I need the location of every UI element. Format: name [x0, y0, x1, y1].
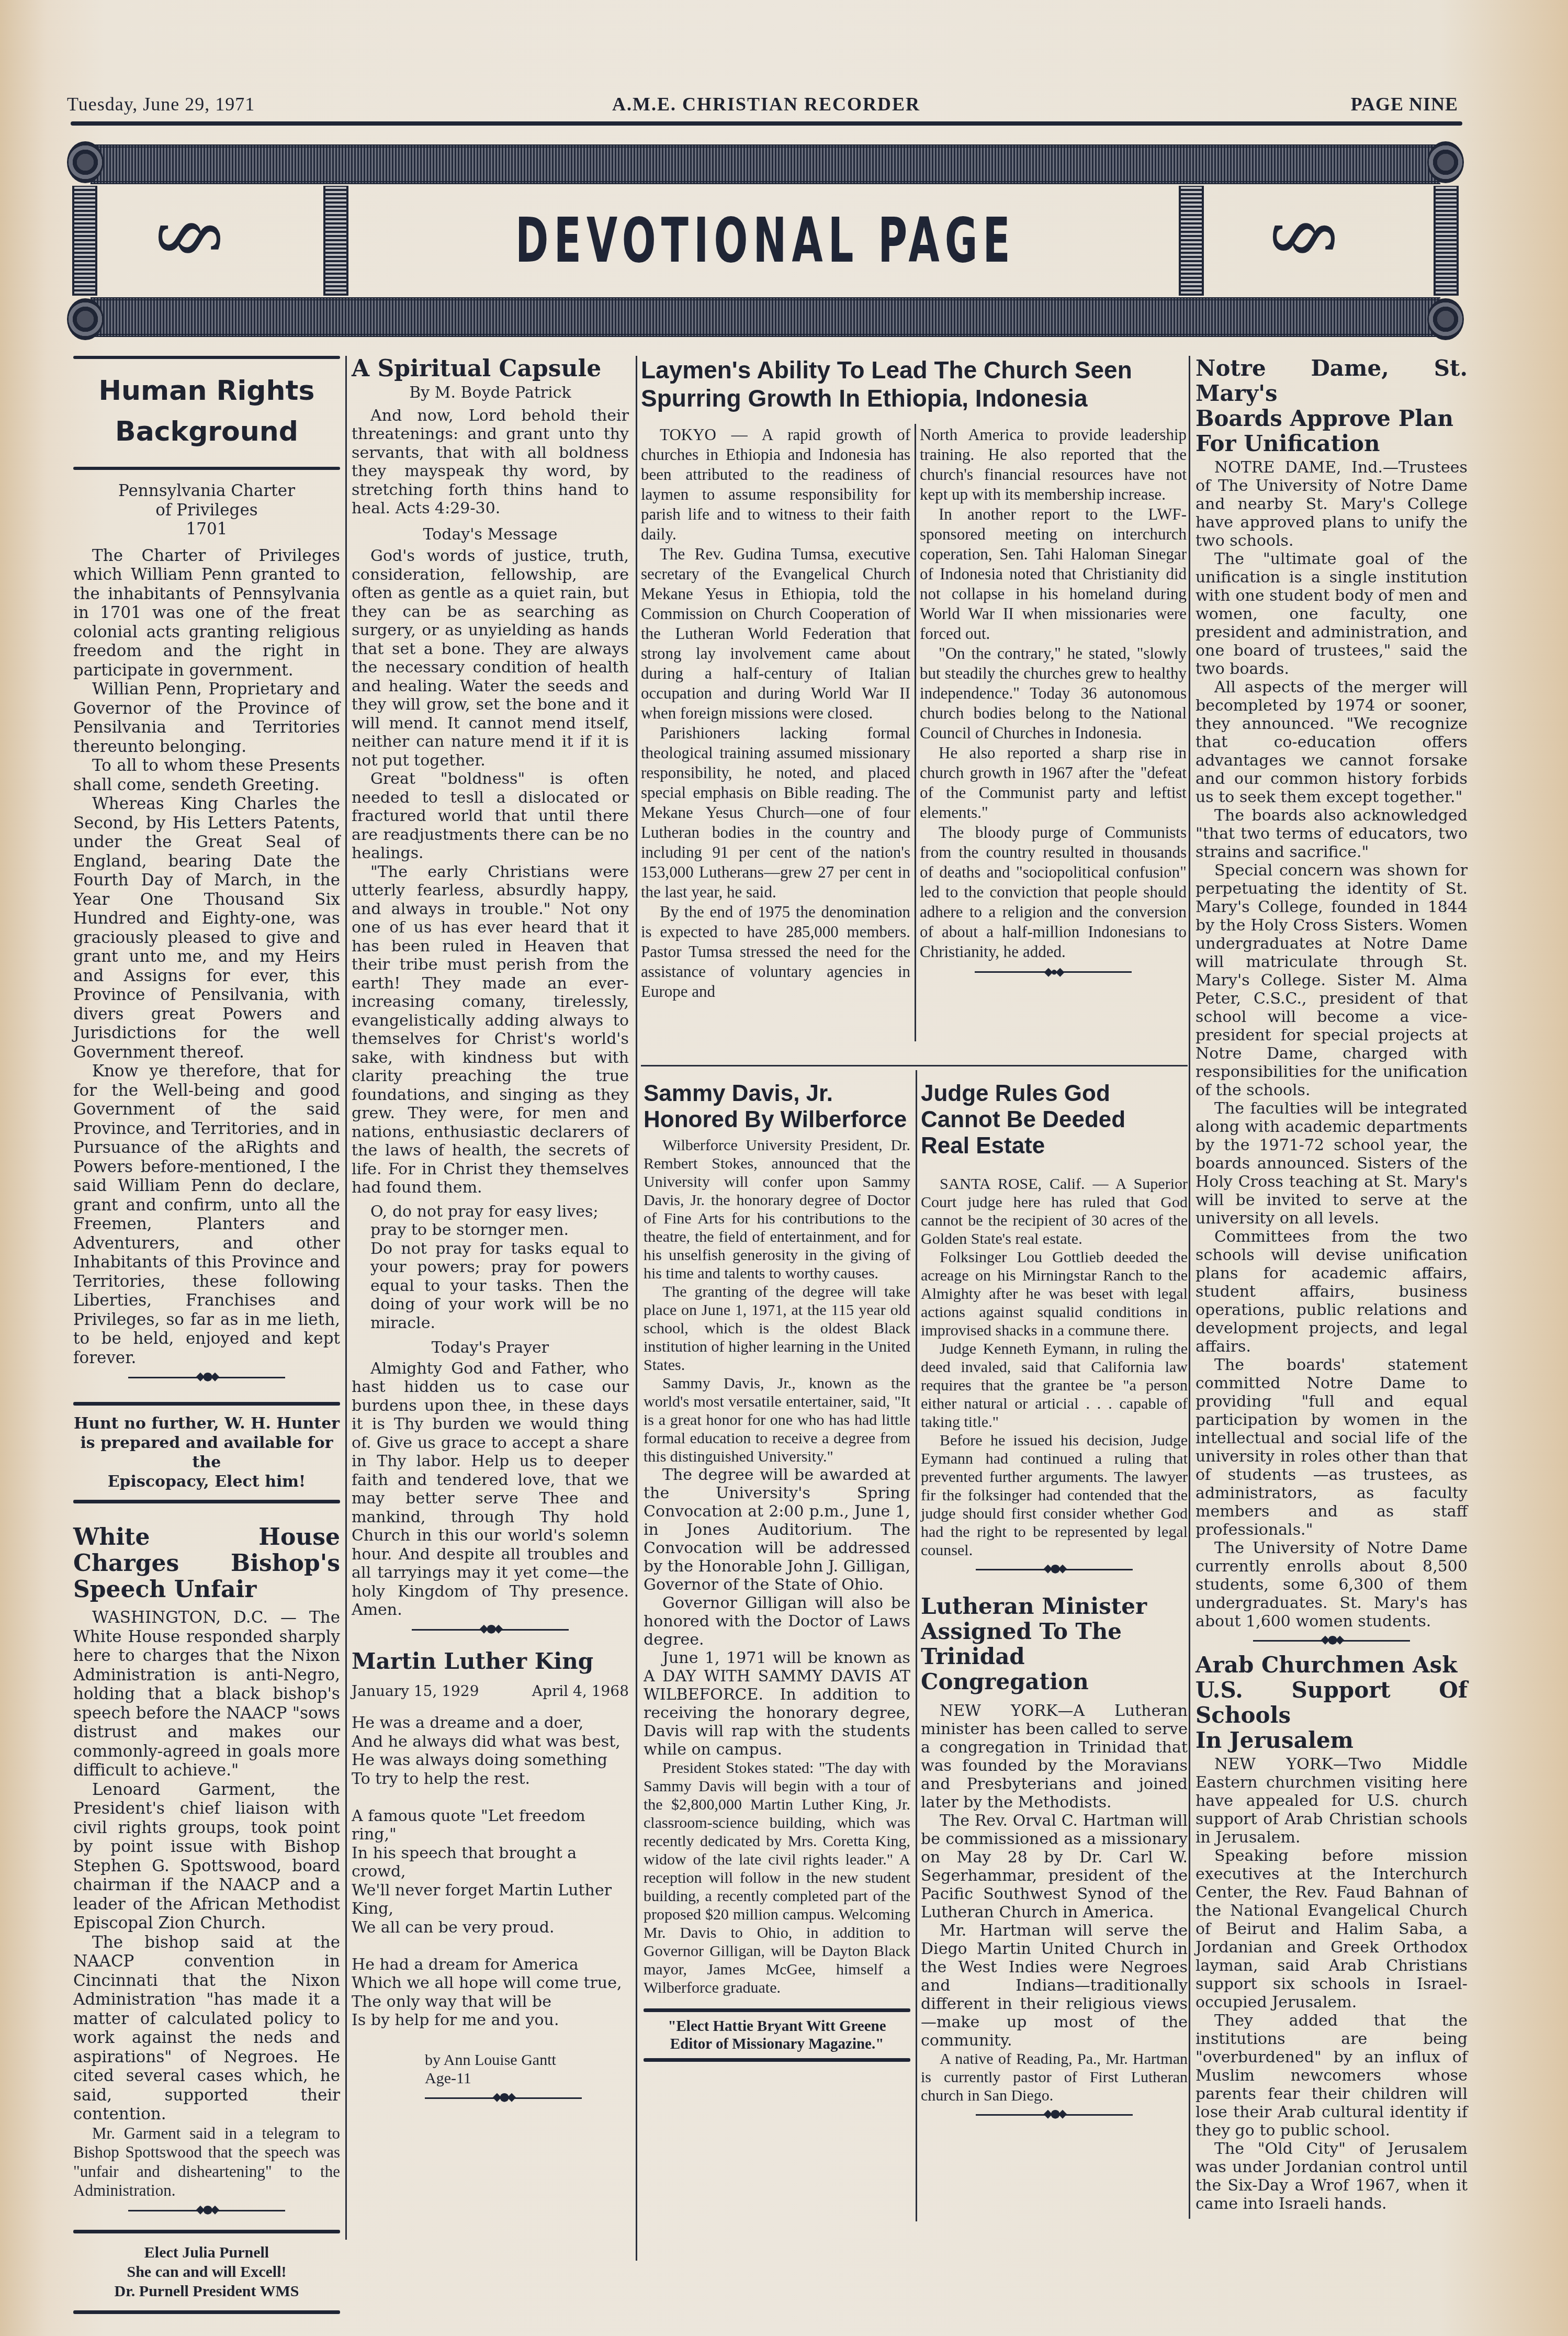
paragraph: Wilberforce University President, Dr. Re… — [644, 1136, 910, 1283]
paragraph: The Charter of Privileges which William … — [73, 546, 340, 680]
ad-rule — [73, 1500, 340, 1503]
headline-line: U.S. Support Of Schools — [1195, 1678, 1468, 1728]
ad-rule — [73, 2230, 340, 2233]
paragraph: Know ye therefore, that for for the Well… — [73, 1062, 340, 1367]
paragraph: God's words of justice, truth, considera… — [352, 547, 629, 770]
paragraph: WASHINGTON, D.C. — The White House respo… — [73, 1608, 340, 1780]
ad-line: Editor of Missionary Magazine." — [644, 2035, 910, 2053]
ad-line: Hunt no further, W. H. Hunter — [73, 1414, 340, 1433]
ad-purnell: Elect Julia Purnell She can and will Exc… — [73, 2243, 340, 2301]
headline: Sammy Davis, Jr. Honored By Wilberforce — [644, 1081, 910, 1133]
paragraph: He also reported a sharp rise in church … — [920, 743, 1187, 823]
headline: Laymen's Ability To Lead The Church Seen… — [641, 356, 1185, 412]
scroll-ornament-icon: § — [1268, 220, 1341, 256]
dash-ornament-icon — [128, 2207, 285, 2214]
ad-rule — [644, 2058, 910, 2062]
poem-line: He was always doing something — [352, 1751, 629, 1770]
ad-line: "Elect Hattie Bryant Witt Greene — [644, 2017, 910, 2035]
sammy-davis-article: Sammy Davis, Jr. Honored By Wilberforce … — [644, 1081, 910, 2062]
headline-line: Arab Churchmen Ask — [1195, 1653, 1468, 1678]
paragraph: Great "boldness" is often needed to tesl… — [352, 770, 629, 863]
poem-line: Is by help for me and you. — [352, 2011, 629, 2030]
paragraph: The Rev. Gudina Tumsa, executive secreta… — [641, 544, 910, 723]
headline-line: Trinidad Congregation — [921, 1644, 1188, 1694]
paragraph: Governor Gilligan will also be honored w… — [644, 1594, 910, 1649]
paragraph: President Stokes stated: "The day with S… — [644, 1759, 910, 1997]
poem: He was a dreame and a doer,And he always… — [352, 1714, 629, 2030]
headline-line: Spurring Growth In Ethiopia, Indonesia — [641, 384, 1185, 412]
paragraph: Folksinger Lou Gottlieb deeded the acrea… — [921, 1248, 1188, 1340]
column-rule — [1189, 356, 1190, 2219]
paragraph: The University of Notre Dame currently e… — [1195, 1539, 1468, 1631]
paragraph: The bishop said at the NAACP convention … — [73, 1933, 340, 2124]
stanza-break — [352, 1788, 629, 1807]
verse: O, do not pray for easy lives; pray to b… — [352, 1203, 629, 1333]
poem-line: We'll never forget Martin Luther King, — [352, 1881, 629, 1918]
ad-rule — [644, 2008, 910, 2012]
poem-line: In his speech that brought a crowd, — [352, 1844, 629, 1881]
page-number: PAGE NINE — [1351, 93, 1458, 115]
column-rule — [916, 1070, 917, 2221]
verse-line: Do not pray for tasks equal to your powe… — [370, 1240, 629, 1333]
arab-headline: Arab Churchmen Ask U.S. Support Of Schoo… — [1195, 1653, 1468, 1753]
rosette-icon — [1427, 298, 1464, 340]
section-banner: § § DEVOTIONAL PAGE — [67, 141, 1464, 340]
ad-hunter: Hunt no further, W. H. Hunter is prepare… — [73, 1414, 340, 1491]
paragraph: Mr. Hartman will serve the Diego Martin … — [921, 1922, 1188, 2050]
subhead: 1701 — [73, 520, 340, 539]
scripture: And now, Lord behold their threatenings:… — [352, 407, 629, 518]
headline-line: In Jerusalem — [1195, 1728, 1468, 1753]
human-rights-article: Human Rights Background Pennsylvania Cha… — [73, 356, 340, 2314]
paragraph: Willian Penn, Proprietary and Governor o… — [73, 680, 340, 756]
dash-ornament-icon — [976, 2111, 1133, 2118]
headline-line: Real Estate — [921, 1133, 1188, 1159]
paragraph: The boards also acknowledged "that two t… — [1195, 806, 1468, 861]
ad-line: She can and will Excell! — [73, 2262, 340, 2282]
ad-line: Dr. Purnell President WMS — [73, 2282, 340, 2301]
paragraph: They added that the institutions are bei… — [1195, 2012, 1468, 2140]
laymen-article: Laymen's Ability To Lead The Church Seen… — [641, 356, 1185, 422]
masthead-rule — [71, 121, 1462, 126]
headline-line: Boards Approve Plan — [1195, 406, 1468, 431]
headline-line: Assigned To The — [921, 1619, 1188, 1644]
paragraph: The boards' statement committed Notre Da… — [1195, 1356, 1468, 1539]
headline-line: Notre Dame, St. Mary's — [1195, 356, 1468, 406]
paragraph: The "ultimate goal of the unification is… — [1195, 550, 1468, 678]
rosette-icon — [1427, 141, 1464, 183]
poem-credit: by Ann Louise Gantt Age-11 — [352, 2051, 629, 2088]
paragraph: Sammy Davis, Jr., known as the world's m… — [644, 1374, 910, 1466]
byline: By M. Boyde Patrick — [352, 384, 629, 402]
poem-line: The only way that will be — [352, 1993, 629, 2012]
paragraph: To all to whom these Presents shall come… — [73, 756, 340, 794]
notre-dame-article: Notre Dame, St. Mary's Boards Approve Pl… — [1195, 356, 1468, 2213]
headline: Judge Rules God Cannot Be Deeded Real Es… — [921, 1081, 1188, 1159]
headline-rule — [73, 356, 340, 359]
paragraph: The granting of the degree will take pla… — [644, 1283, 910, 1374]
ad-greene: "Elect Hattie Bryant Witt Greene Editor … — [644, 2017, 910, 2053]
subhead: of Privileges — [73, 501, 340, 520]
dash-ornament-icon — [976, 1566, 1133, 1573]
ad-rule — [73, 2310, 340, 2314]
dash-ornament-icon — [1253, 1637, 1410, 1644]
subhead: Today's Prayer — [352, 1339, 629, 1357]
headline: A Spiritual Capsule — [352, 356, 629, 381]
prayer: Almighty God and Father, who hast hidden… — [352, 1360, 629, 1620]
publication-name: A.M.E. CHRISTIAN RECORDER — [612, 93, 920, 115]
ad-line: Episcopacy, Elect him! — [73, 1472, 340, 1491]
paragraph: A native of Reading, Pa., Mr. Hartman is… — [921, 2050, 1188, 2105]
paragraph: "The early Christians were utterly fearl… — [352, 863, 629, 1197]
paragraph: The "Old City" of Jerusalem was under Jo… — [1195, 2140, 1468, 2213]
dash-ornament-icon — [975, 968, 1132, 975]
paragraph: In another report to the LWF-sponsored m… — [920, 504, 1187, 644]
lutheran-headline: Lutheran Minister Assigned To The Trinid… — [921, 1594, 1188, 1694]
issue-date: Tuesday, June 29, 1971 — [67, 93, 255, 115]
poem-line: A famous quote "Let freedom ring," — [352, 1807, 629, 1844]
death-date: April 4, 1968 — [532, 1682, 629, 1701]
mlk-dates: January 15, 1929 April 4, 1968 — [352, 1682, 629, 1701]
poem-author: by Ann Louise Gantt — [425, 2051, 629, 2070]
paragraph: Special concern was shown for perpetuati… — [1195, 861, 1468, 1099]
section-rule — [641, 1065, 1188, 1066]
paragraph: TOKYO — A rapid growth of churches in Et… — [641, 425, 910, 544]
paragraph: By the end of 1975 the denomination is e… — [641, 902, 910, 1002]
paragraph: The Rev. Orval C. Hartman will be commis… — [921, 1812, 1188, 1922]
paragraph: NEW YORK—Two Middle Eastern churchmen vi… — [1195, 1755, 1468, 1847]
dash-ornament-icon — [128, 1374, 285, 1381]
subhead: Pennsylvania Charter — [73, 481, 340, 501]
column-rule — [345, 356, 347, 2240]
headline-line: Cannot Be Deeded — [921, 1107, 1188, 1133]
paragraph: North America to provide leadership trai… — [920, 425, 1187, 504]
paragraph: The bloody purge of Communists from the … — [920, 823, 1187, 962]
ad-rule — [73, 1402, 340, 1406]
poem-line: We all can be very proud. — [352, 1918, 629, 1937]
birth-date: January 15, 1929 — [352, 1682, 479, 1701]
judge-article: Judge Rules God Cannot Be Deeded Real Es… — [921, 1081, 1188, 2125]
headline-line: For Unification — [1195, 431, 1468, 456]
poem-author-age: Age-11 — [425, 2069, 629, 2088]
headline-line: Human Rights — [73, 370, 340, 411]
paragraph: Before he issued his decision, Judge Eym… — [921, 1431, 1188, 1559]
paragraph: Lenoard Garment, the President's chief l… — [73, 1780, 340, 1933]
rosette-icon — [67, 298, 104, 340]
section-title: DEVOTIONAL PAGE — [263, 204, 1268, 276]
paragraph: Speaking before mission executives at th… — [1195, 1847, 1468, 2012]
headline-line: Lutheran Minister — [921, 1594, 1188, 1619]
verse-line: O, do not pray for easy lives; — [370, 1203, 629, 1221]
stanza-break — [352, 1937, 629, 1956]
spiritual-capsule-article: A Spiritual Capsule By M. Boyde Patrick … — [352, 356, 629, 2108]
paragraph: NEW YORK—A Lutheran minister has been ca… — [921, 1702, 1188, 1812]
paragraph: Committees from the two schools will dev… — [1195, 1228, 1468, 1356]
headline-line: Sammy Davis, Jr. — [644, 1081, 910, 1107]
paragraph: Whereas King Charles the Second, by His … — [73, 794, 340, 1062]
paragraph: Judge Kenneth Eymann, in ruling the deed… — [921, 1340, 1188, 1431]
laymen-col-2: North America to provide leadership trai… — [920, 425, 1187, 982]
pillar-ornament — [72, 186, 97, 296]
paragraph: Parishioners lacking formal theological … — [641, 723, 910, 902]
banner-bottom-band — [91, 297, 1440, 337]
headline: Martin Luther King — [352, 1649, 629, 1674]
poem-line: Which we all hope will come true, — [352, 1974, 629, 1993]
headline: White House Charges Bishop's Speech Unfa… — [73, 1524, 340, 1603]
headline: Human Rights Background — [73, 370, 340, 452]
column-rule — [915, 424, 916, 1041]
poem-line: And he always did what was best, — [352, 1733, 629, 1751]
paragraph: "On the contrary," he stated, "slowly bu… — [920, 644, 1187, 743]
verse-line: pray to be stornger men. — [370, 1221, 629, 1240]
pillar-ornament — [1434, 186, 1459, 296]
poem-line: He had a dream for America — [352, 1956, 629, 1974]
poem-line: To try to help the rest. — [352, 1770, 629, 1789]
poem-line: He was a dreame and a doer, — [352, 1714, 629, 1733]
laymen-col-1: TOKYO — A rapid growth of churches in Et… — [641, 425, 910, 1002]
headline: Notre Dame, St. Mary's Boards Approve Pl… — [1195, 356, 1468, 456]
column-rule — [636, 356, 637, 2261]
subhead: Today's Message — [352, 525, 629, 544]
dash-ornament-icon — [412, 1626, 569, 1633]
banner-top-band — [91, 144, 1440, 184]
paragraph: The faculties will be integrated along w… — [1195, 1099, 1468, 1228]
headline-line: Background — [73, 411, 340, 452]
ad-line: is prepared and available for the — [73, 1433, 340, 1472]
paragraph: SANTA ROSE, Calif. — A Superior Court ju… — [921, 1175, 1188, 1248]
headline-rule — [73, 467, 340, 470]
headline-line: Judge Rules God — [921, 1081, 1188, 1107]
headline-line: Honored By Wilberforce — [644, 1107, 910, 1133]
paragraph: Mr. Garment said in a telegram to Bishop… — [73, 2124, 340, 2200]
paragraph: All aspects of the merger will becomplet… — [1195, 678, 1468, 806]
paragraph: June 1, 1971 will be known as A DAY WITH… — [644, 1649, 910, 1759]
dash-ornament-icon — [425, 2094, 582, 2102]
scroll-ornament-icon: § — [153, 220, 227, 256]
paragraph: NOTRE DAME, Ind.—Trustees of The Univers… — [1195, 458, 1468, 550]
ad-line: Elect Julia Purnell — [73, 2243, 340, 2262]
rosette-icon — [67, 141, 104, 183]
paragraph: The degree will be awarded at the Univer… — [644, 1466, 910, 1594]
headline-line: Laymen's Ability To Lead The Church Seen — [641, 356, 1185, 384]
